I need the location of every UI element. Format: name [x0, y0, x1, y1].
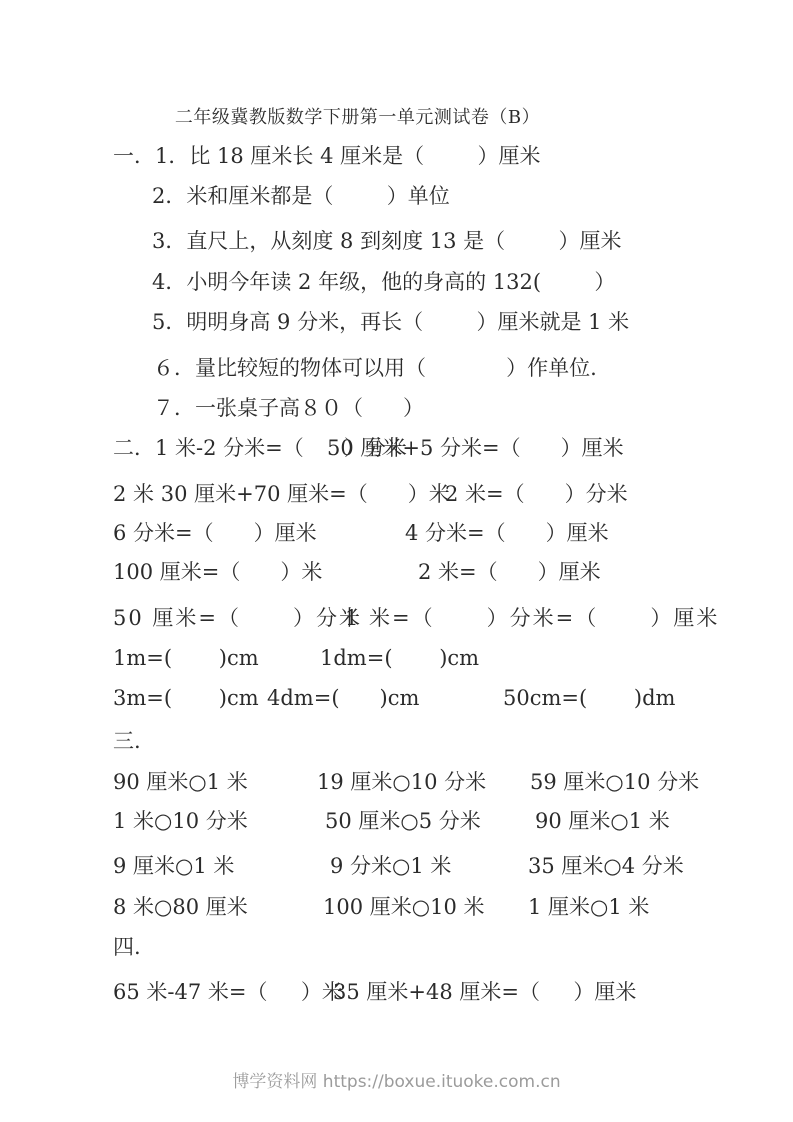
comparison-item: 8 米○80 厘米 — [113, 892, 248, 922]
calculation-item: 35 厘米+48 厘米=（ ）厘米 — [333, 977, 636, 1007]
conversion-item: 4dm=( )cm — [267, 683, 419, 713]
comparison-item: 35 厘米○4 分米 — [528, 851, 684, 881]
fill-blank-item-2: 2．米和厘米都是（ ）单位 — [152, 181, 450, 211]
conversion-item: 6 分米=（ ）厘米 — [113, 518, 317, 548]
comparison-item: 9 厘米○1 米 — [113, 851, 234, 881]
conversion-item: 3m=( )cm — [113, 683, 259, 713]
comparison-item: 90 厘米○1 米 — [535, 806, 670, 836]
comparison-item: 19 厘米○10 分米 — [317, 767, 486, 797]
conversion-item: 50cm=( )dm — [503, 683, 675, 713]
fill-blank-item-5: 5．明明身高 9 分米，再长（ ）厘米就是 1 米 — [152, 307, 629, 337]
test-paper-page: 二年级冀教版数学下册第一单元测试卷（B） 一．1．比 18 厘米长 4 厘米是（… — [0, 0, 793, 1122]
conversion-item: 4 分米=（ ）厘米 — [405, 518, 609, 548]
fill-blank-item-6: ６．量比较短的物体可以用（ ）作单位. — [153, 353, 597, 383]
conversion-item: 100 厘米=（ ）米 — [113, 557, 322, 587]
conversion-item: 50 厘米+5 分米=（ ）厘米 — [327, 433, 624, 463]
comparison-item: 1 厘米○1 米 — [528, 892, 649, 922]
watermark-text: 博学资料网 https://boxue.ituoke.com.cn — [0, 1067, 793, 1092]
comparison-item: 100 厘米○10 米 — [323, 892, 484, 922]
fill-blank-item-1: 一．1．比 18 厘米长 4 厘米是（ ）厘米 — [113, 141, 541, 171]
section-three-label: 三. — [113, 726, 141, 756]
comparison-item: 9 分米○1 米 — [330, 851, 451, 881]
comparison-item: 50 厘米○5 分米 — [325, 806, 481, 836]
fill-blank-item-4: 4．小明今年读 2 年级，他的身高的 132( ） — [152, 267, 615, 297]
conversion-item: 50 厘米=（ ）分米 — [113, 603, 362, 633]
conversion-item: 1 米=（ ）分米=（ ）厘米 — [345, 603, 719, 633]
conversion-item: 1dm=( )cm — [320, 643, 479, 673]
fill-blank-item-7: ７．一张桌子高８０（ ） — [153, 393, 424, 423]
conversion-item: 2 米=（ ）厘米 — [418, 557, 601, 587]
fill-blank-item-3: 3．直尺上，从刻度 8 到刻度 13 是（ ）厘米 — [152, 226, 622, 256]
conversion-item: 2 米=（ ）分米 — [445, 479, 628, 509]
comparison-item: 90 厘米○1 米 — [113, 767, 248, 797]
comparison-item: 59 厘米○10 分米 — [530, 767, 699, 797]
conversion-item: 2 米 30 厘米+70 厘米=（ ）米 — [113, 479, 450, 509]
section-four-label: 四. — [113, 932, 141, 962]
comparison-item: 1 米○10 分米 — [113, 806, 248, 836]
conversion-item: 1m=( )cm — [113, 643, 259, 673]
calculation-item: 65 米-47 米=（ ）米 — [113, 977, 343, 1007]
exam-title: 二年级冀教版数学下册第一单元测试卷（B） — [0, 103, 793, 129]
